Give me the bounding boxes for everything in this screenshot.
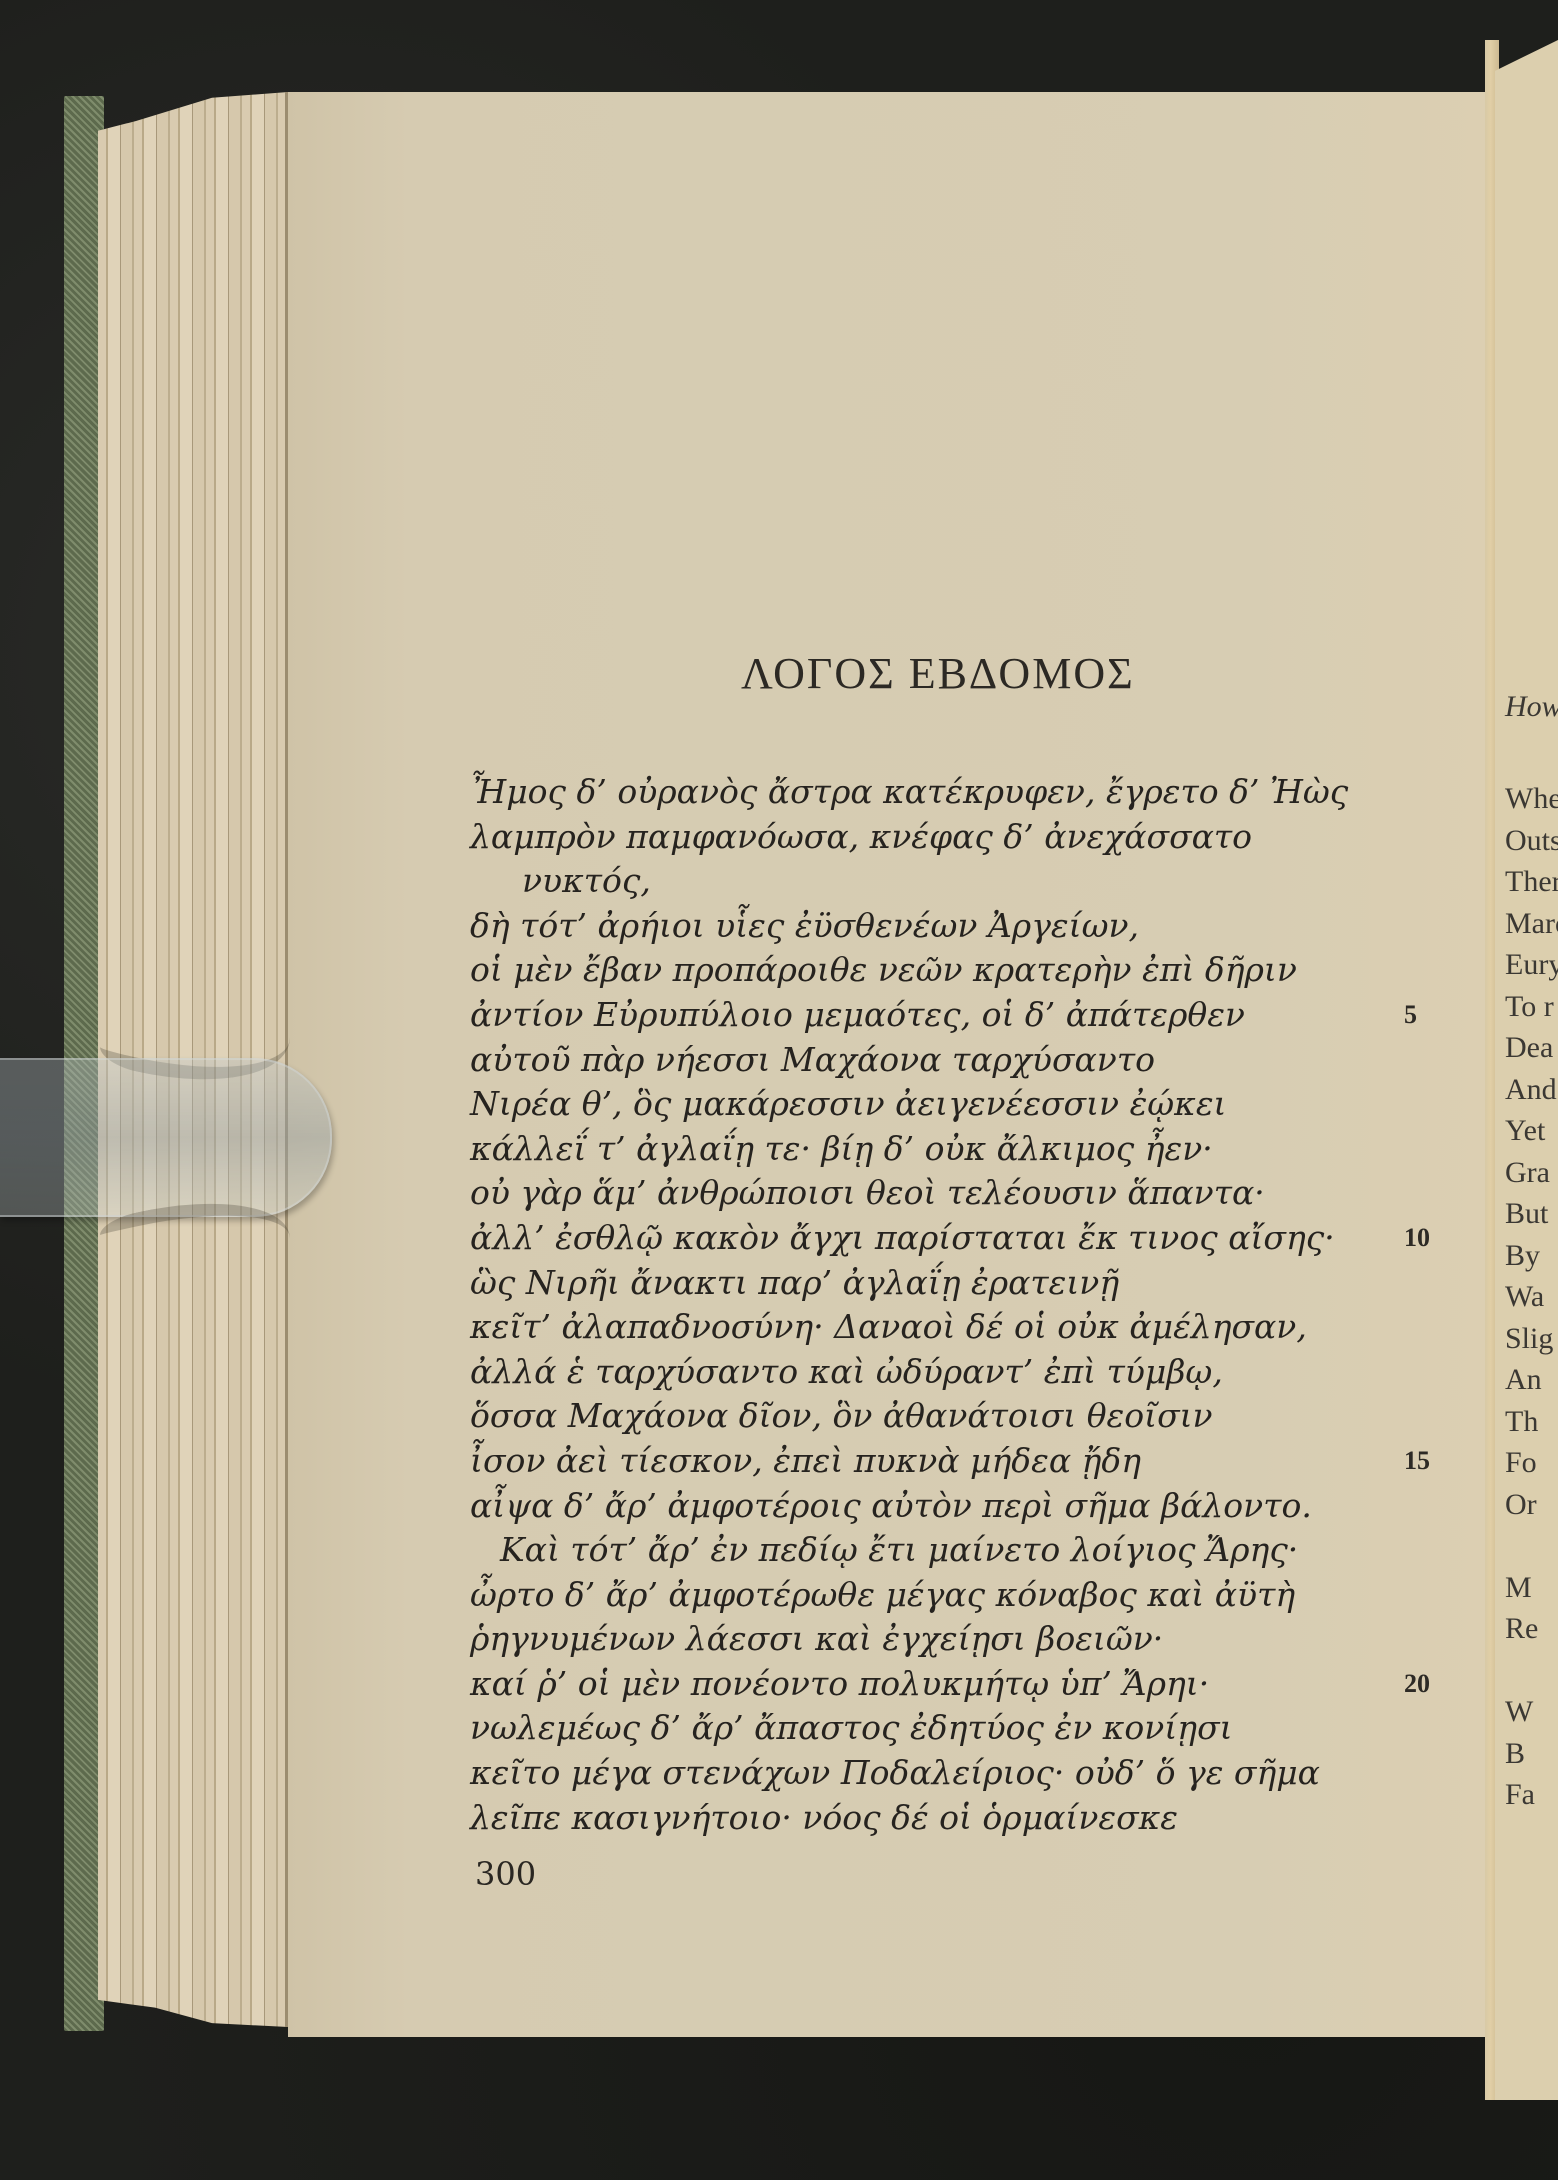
verse-text: Καὶ τότ’ ἄρ’ ἐν πεδίῳ ἔτι μαίνετο λοίγιο…: [500, 1530, 1298, 1569]
verse-line: ὅσσα Μαχάονα δῖον, ὃν ἀθανάτοισι θεοῖσιν: [470, 1394, 1400, 1439]
facing-page-title-fragment: How t: [1505, 690, 1558, 724]
line-number: 10: [1404, 1216, 1430, 1261]
verse-line: κεῖτο μέγα στενάχων Ποδαλείριος· οὐδ’ ὅ …: [470, 1751, 1400, 1796]
verse-line: αἶψα δ’ ἄρ’ ἀμφοτέροις αὐτὸν περὶ σῆμα β…: [470, 1484, 1400, 1529]
facing-page: How t WheOutsTherMarcEuryTo rDeaAndYetGr…: [1495, 40, 1558, 2100]
facing-page-line-fragment: Fa: [1505, 1778, 1535, 1812]
facing-page-line-fragment: Dea: [1505, 1031, 1553, 1065]
facing-page-line-fragment: But: [1505, 1197, 1548, 1231]
verse-text: κεῖτο μέγα στενάχων Ποδαλείριος· οὐδ’ ὅ …: [470, 1753, 1320, 1792]
facing-page-line-fragment: Outs: [1505, 824, 1558, 858]
verse-line: ῥηγνυμένων λάεσσι καὶ ἐγχείῃσι βοειῶν·: [470, 1617, 1400, 1662]
verse-line: Ἦμος δ’ οὐρανὸς ἄστρα κατέκρυφεν, ἔγρετο…: [470, 770, 1400, 815]
verse-text: λαμπρὸν παμφανόωσα, κνέφας δ’ ἀνεχάσσατο: [470, 817, 1252, 856]
verse-line: ὦρτο δ’ ἄρ’ ἀμφοτέρωθε μέγας κόναβος καὶ…: [470, 1573, 1400, 1618]
facing-page-line-fragment: Wa: [1505, 1280, 1544, 1314]
page-number: 300: [475, 1855, 536, 1893]
line-number: 20: [1404, 1662, 1430, 1707]
verse-text: ὣς Νιρῆι ἄνακτι παρ’ ἀγλαΐῃ ἐρατεινῇ: [470, 1263, 1119, 1302]
verse-text: ἶσον ἀεὶ τίεσκον, ἐπεὶ πυκνὰ μήδεα ᾔδη: [470, 1441, 1141, 1480]
facing-page-line-fragment: Gra: [1505, 1156, 1550, 1190]
verse-text: ἀλλ’ ἐσθλῷ κακὸν ἄγχι παρίσταται ἔκ τινο…: [470, 1218, 1335, 1257]
book-heading: ΛΟΓΟΣ ΕΒΔΟΜΟΣ: [741, 648, 1135, 699]
verse-text: αὐτοῦ πὰρ νήεσσι Μαχάονα ταρχύσαντο: [470, 1040, 1155, 1079]
verse-text: νυκτός,: [522, 861, 651, 900]
verse-text: οἱ μὲν ἔβαν προπάροιθε νεῶν κρατερὴν ἐπὶ…: [470, 950, 1297, 989]
verse-text: ῥηγνυμένων λάεσσι καὶ ἐγχείῃσι βοειῶν·: [470, 1619, 1163, 1658]
verse-line: οὐ γὰρ ἅμ’ ἀνθρώποισι θεοὶ τελέουσιν ἅπα…: [470, 1171, 1400, 1216]
verse-block: Ἦμος δ’ οὐρανὸς ἄστρα κατέκρυφεν, ἔγρετο…: [470, 770, 1400, 1840]
verse-text: νωλεμέως δ’ ἄρ’ ἄπαστος ἐδητύος ἐν κονίῃ…: [470, 1708, 1233, 1747]
verse-line: αὐτοῦ πὰρ νήεσσι Μαχάονα ταρχύσαντο: [470, 1038, 1400, 1083]
verse-line: καί ῥ’ οἱ μὲν πονέοντο πολυκμήτῳ ὑπ’ Ἄρη…: [470, 1662, 1400, 1707]
verse-line: οἱ μὲν ἔβαν προπάροιθε νεῶν κρατερὴν ἐπὶ…: [470, 948, 1400, 993]
facing-page-line-fragment: And: [1505, 1073, 1557, 1107]
verse-line: κεῖτ’ ἀλαπαδνοσύνη· Δαναοὶ δέ οἱ οὐκ ἀμέ…: [470, 1305, 1400, 1350]
verse-line: ἶσον ἀεὶ τίεσκον, ἐπεὶ πυκνὰ μήδεα ᾔδη15: [470, 1439, 1400, 1484]
facing-page-line-fragment: Whe: [1505, 782, 1558, 816]
facing-page-line-fragment: Ther: [1505, 865, 1558, 899]
verse-text: αἶψα δ’ ἄρ’ ἀμφοτέροις αὐτὸν περὶ σῆμα β…: [470, 1486, 1312, 1525]
verse-line: δὴ τότ’ ἀρήιοι υἷες ἐϋσθενέων Ἀργείων,: [470, 904, 1400, 949]
facing-page-line-fragment: Th: [1505, 1405, 1538, 1439]
verse-line: ἀντίον Εὐρυπύλοιο μεμαότες, οἱ δ’ ἀπάτερ…: [470, 993, 1400, 1038]
facing-page-line-fragment: Fo: [1505, 1446, 1537, 1480]
verse-text: ὦρτο δ’ ἄρ’ ἀμφοτέρωθε μέγας κόναβος καὶ…: [470, 1575, 1295, 1614]
line-number: 15: [1404, 1439, 1430, 1484]
verse-text: Νιρέα θ’, ὃς μακάρεσσιν ἀειγενέεσσιν ἐῴκ…: [470, 1084, 1226, 1123]
facing-page-line-fragment: By: [1505, 1239, 1540, 1273]
line-number: 5: [1404, 993, 1417, 1038]
facing-page-line-fragment: B: [1505, 1737, 1525, 1771]
verse-line: λαμπρὸν παμφανόωσα, κνέφας δ’ ἀνεχάσσατο: [470, 815, 1400, 860]
facing-page-line-fragment: Marc: [1505, 907, 1558, 941]
verse-line: ἀλλ’ ἐσθλῷ κακὸν ἄγχι παρίσταται ἔκ τινο…: [470, 1216, 1400, 1261]
facing-page-line-fragment: W: [1505, 1695, 1533, 1729]
facing-page-line-fragment: Re: [1505, 1612, 1538, 1646]
facing-page-line-fragment: M: [1505, 1571, 1532, 1605]
verse-text: κάλλεΐ τ’ ἀγλαΐῃ τε· βίῃ δ’ οὐκ ἄλκιμος …: [470, 1129, 1213, 1168]
verse-text: κεῖτ’ ἀλαπαδνοσύνη· Δαναοὶ δέ οἱ οὐκ ἀμέ…: [470, 1307, 1307, 1346]
verse-line: Καὶ τότ’ ἄρ’ ἐν πεδίῳ ἔτι μαίνετο λοίγιο…: [470, 1528, 1400, 1573]
facing-page-line-fragment: Yet: [1505, 1114, 1545, 1148]
verse-line: ὣς Νιρῆι ἄνακτι παρ’ ἀγλαΐῃ ἐρατεινῇ: [470, 1261, 1400, 1306]
verse-line: νωλεμέως δ’ ἄρ’ ἄπαστος ἐδητύος ἐν κονίῃ…: [470, 1706, 1400, 1751]
verse-line: κάλλεΐ τ’ ἀγλαΐῃ τε· βίῃ δ’ οὐκ ἄλκιμος …: [470, 1127, 1400, 1172]
verse-line: νυκτός,: [470, 859, 1400, 904]
facing-page-line-fragment: To r: [1505, 990, 1554, 1024]
verse-line: λεῖπε κασιγνήτοιο· νόος δέ οἱ ὁρμαίνεσκε: [470, 1796, 1400, 1841]
verse-text: δὴ τότ’ ἀρήιοι υἷες ἐϋσθενέων Ἀργείων,: [470, 906, 1139, 945]
facing-page-line-fragment: Slig: [1505, 1322, 1553, 1356]
verse-text: καί ῥ’ οἱ μὲν πονέοντο πολυκμήτῳ ὑπ’ Ἄρη…: [470, 1664, 1209, 1703]
verse-line: ἀλλά ἑ ταρχύσαντο καὶ ὠδύραντ’ ἐπὶ τύμβῳ…: [470, 1350, 1400, 1395]
verse-line: Νιρέα θ’, ὃς μακάρεσσιν ἀειγενέεσσιν ἐῴκ…: [470, 1082, 1400, 1127]
verse-text: οὐ γὰρ ἅμ’ ἀνθρώποισι θεοὶ τελέουσιν ἅπα…: [470, 1173, 1265, 1212]
facing-page-line-fragment: Or: [1505, 1488, 1537, 1522]
plastic-page-clip: [0, 1058, 332, 1217]
verse-text: ἀντίον Εὐρυπύλοιο μεμαότες, οἱ δ’ ἀπάτερ…: [470, 995, 1245, 1034]
verse-text: Ἦμος δ’ οὐρανὸς ἄστρα κατέκρυφεν, ἔγρετο…: [470, 772, 1348, 811]
facing-page-line-fragment: Eury: [1505, 948, 1558, 982]
verse-text: ὅσσα Μαχάονα δῖον, ὃν ἀθανάτοισι θεοῖσιν: [470, 1396, 1213, 1435]
verse-text: λεῖπε κασιγνήτοιο· νόος δέ οἱ ὁρμαίνεσκε: [470, 1798, 1178, 1837]
verse-text: ἀλλά ἑ ταρχύσαντο καὶ ὠδύραντ’ ἐπὶ τύμβῳ…: [470, 1352, 1223, 1391]
facing-page-line-fragment: An: [1505, 1363, 1542, 1397]
